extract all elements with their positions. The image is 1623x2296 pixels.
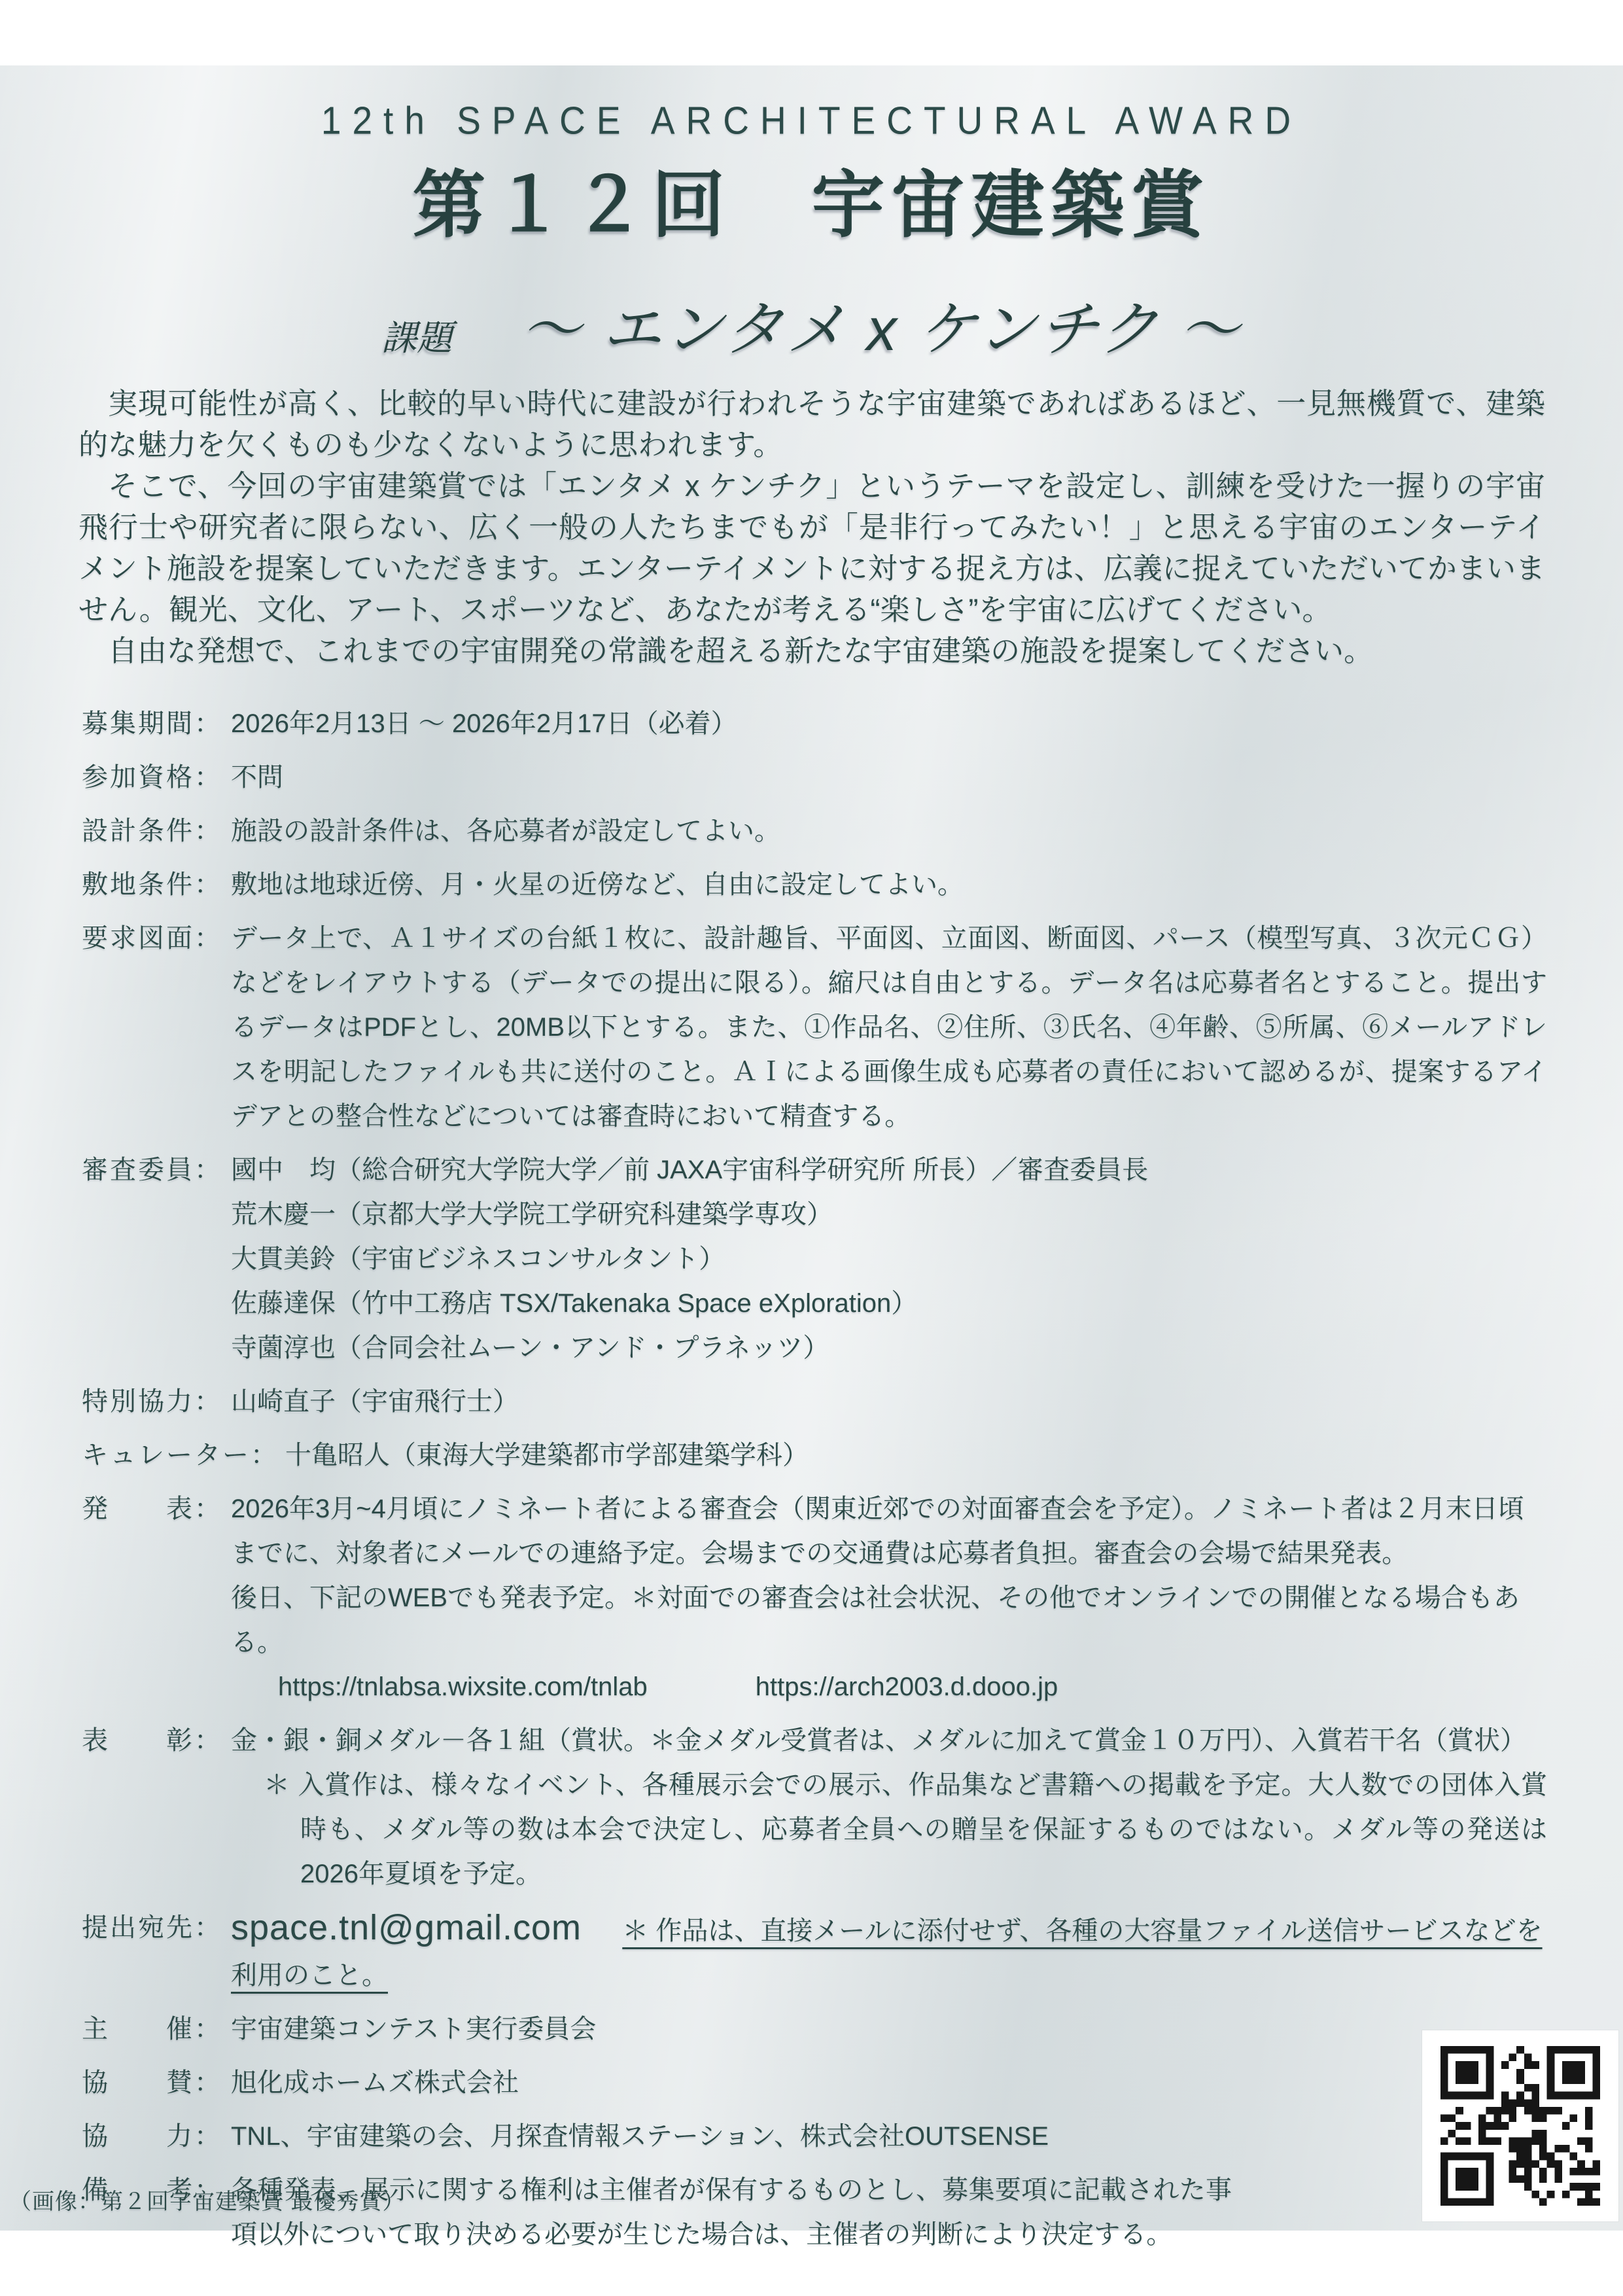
detail-row-sponsor: 協 賛： 旭化成ホームズ株式会社 <box>82 2060 1547 2105</box>
intro-paragraph-3: 自由な発想で、これまでの宇宙開発の常識を超える新たな宇宙建築の施設を提案してくだ… <box>79 630 1545 671</box>
detail-row-site-conditions: 敷地条件： 敷地は地球近傍、月・火星の近傍など、自由に設定してよい。 <box>82 862 1547 907</box>
jury-member: 寺薗淳也（合同会社ムーン・アンド・プラネッツ） <box>231 1326 1547 1370</box>
awards-note: ＊ 入賞作は、様々なイベント、各種展示会での展示、作品集など書籍への掲載を予定。… <box>264 1763 1547 1896</box>
announcement-web-note: 後日、下記のWEBでも発表予定。＊対面での審査会は社会状況、その他でオンラインで… <box>231 1576 1547 1665</box>
awards-text: 金・銀・銅メダル－各１組（賞状。＊金メダル受賞者は、メダルに加えて賞金１０万円）… <box>231 1718 1547 1763</box>
awards-block: 金・銀・銅メダル－各１組（賞状。＊金メダル受賞者は、メダルに加えて賞金１０万円）… <box>231 1718 1547 1896</box>
detail-row-entry-period: 募集期間： 2026年2月13日 ～ 2026年2月17日（必着） <box>82 701 1547 746</box>
detail-value: 十亀昭人（東海大学建築都市学部建築学科） <box>285 1433 1547 1477</box>
english-title: 12th SPACE ARCHITECTURAL AWARD <box>0 97 1623 143</box>
detail-row-eligibility: 参加資格： 不問 <box>82 755 1547 800</box>
detail-label: 提出宛先： <box>82 1905 231 1950</box>
announcement-block: 2026年3月~4月頃にノミネート者による審査会（関東近郊での対面審査会を予定）… <box>231 1487 1547 1709</box>
poster-page: 12th SPACE ARCHITECTURAL AWARD 第１２回 宇宙建築… <box>0 0 1623 2296</box>
detail-label: 参加資格： <box>82 755 231 800</box>
subject-row: 課題 ～ エンタメ x ケンチク ～ <box>0 281 1623 368</box>
intro-paragraphs: 実現可能性が高く、比較的早い時代に建設が行われそうな宇宙建築であればあるほど、一… <box>79 383 1545 671</box>
detail-row-special-support: 特別協力： 山崎直子（宇宙飛行士） <box>82 1379 1547 1424</box>
detail-label: 協 賛： <box>82 2060 231 2105</box>
detail-value: 旭化成ホームズ株式会社 <box>231 2060 1547 2105</box>
detail-row-curator: キュレーター： 十亀昭人（東海大学建築都市学部建築学科） <box>82 1433 1547 1477</box>
detail-label: 審査委員： <box>82 1148 231 1192</box>
detail-value: 不問 <box>231 755 1547 800</box>
detail-row-required-drawings: 要求図面： データ上で、Ａ１サイズの台紙１枚に、設計趣旨、平面図、立面図、断面図… <box>82 916 1547 1139</box>
detail-row-organizer: 主 催： 宇宙建築コンテスト実行委員会 <box>82 2007 1547 2051</box>
detail-row-cooperation: 協 力： TNL、宇宙建築の会、月探査情報ステーション、株式会社OUTSENSE <box>82 2114 1547 2159</box>
detail-row-jury: 審査委員： 國中 均（総合研究大学院大学／前 JAXA宇宙科学研究所 所長）／審… <box>82 1148 1547 1370</box>
detail-label: キュレーター： <box>82 1433 285 1477</box>
detail-label: 主 催： <box>82 2007 231 2051</box>
qr-code-pattern <box>1440 2046 1600 2206</box>
submission-email: space.tnl@gmail.com <box>231 1908 582 1947</box>
page-title: 第１２回 宇宙建築賞 <box>0 147 1623 252</box>
details-list: 募集期間： 2026年2月13日 ～ 2026年2月17日（必着） 参加資格： … <box>82 701 1547 2266</box>
jury-member: 荒木慶一（京都大学大学院工学研究科建築学専攻） <box>231 1192 1547 1237</box>
detail-label: 募集期間： <box>82 701 231 746</box>
detail-label: 設計条件： <box>82 809 231 853</box>
announcement-urls: https://tnlabsa.wixsite.com/tnlab https:… <box>231 1665 1547 1709</box>
announcement-text: 2026年3月~4月頃にノミネート者による審査会（関東近郊での対面審査会を予定）… <box>231 1487 1547 1576</box>
jury-member: 國中 均（総合研究大学院大学／前 JAXA宇宙科学研究所 所長）／審査委員長 <box>231 1148 1547 1192</box>
subject-theme: ～ エンタメ x ケンチク ～ <box>521 281 1241 368</box>
poster-content: 12th SPACE ARCHITECTURAL AWARD 第１２回 宇宙建築… <box>0 0 1623 2296</box>
detail-label: 協 力： <box>82 2114 231 2159</box>
subject-label: 課題 <box>381 310 452 361</box>
intro-paragraph-1: 実現可能性が高く、比較的早い時代に建設が行われそうな宇宙建築であればあるほど、一… <box>79 383 1545 465</box>
detail-value: 敷地は地球近傍、月・火星の近傍など、自由に設定してよい。 <box>231 862 1547 907</box>
website-url-tnlab: https://tnlabsa.wixsite.com/tnlab <box>278 1665 648 1709</box>
intro-paragraph-2: そこで、今回の宇宙建築賞では「エンタメ x ケンチク」というテーマを設定し、訓練… <box>79 465 1545 630</box>
detail-label: 発 表： <box>82 1487 231 1531</box>
detail-label: 表 彰： <box>82 1718 231 1763</box>
detail-row-submission-address: 提出宛先： space.tnl@gmail.com ＊ 作品は、直接メールに添付… <box>82 1905 1547 1998</box>
detail-label: 要求図面： <box>82 916 231 961</box>
jury-member: 大貫美鈴（宇宙ビジネスコンサルタント） <box>231 1237 1547 1281</box>
qr-code-icon <box>1422 2030 1618 2221</box>
detail-row-announcement: 発 表： 2026年3月~4月頃にノミネート者による審査会（関東近郊での対面審査… <box>82 1487 1547 1709</box>
detail-value: 施設の設計条件は、各応募者が設定してよい。 <box>231 809 1547 853</box>
detail-value: 宇宙建築コンテスト実行委員会 <box>231 2007 1547 2051</box>
jury-member-list: 國中 均（総合研究大学院大学／前 JAXA宇宙科学研究所 所長）／審査委員長 荒… <box>231 1148 1547 1370</box>
detail-label: 特別協力： <box>82 1379 231 1424</box>
detail-value: 2026年2月13日 ～ 2026年2月17日（必着） <box>231 701 1547 746</box>
detail-row-awards: 表 彰： 金・銀・銅メダル－各１組（賞状。＊金メダル受賞者は、メダルに加えて賞金… <box>82 1718 1547 1896</box>
submission-block: space.tnl@gmail.com ＊ 作品は、直接メールに添付せず、各種の… <box>231 1905 1547 1998</box>
detail-label: 敷地条件： <box>82 862 231 907</box>
detail-row-design-conditions: 設計条件： 施設の設計条件は、各応募者が設定してよい。 <box>82 809 1547 853</box>
image-credit-caption: （画像：第２回宇宙建築賞 最優秀賞） <box>9 2183 405 2216</box>
website-url-arch2003: https://arch2003.d.dooo.jp <box>756 1665 1058 1709</box>
detail-value: データ上で、Ａ１サイズの台紙１枚に、設計趣旨、平面図、立面図、断面図、パース（模… <box>231 916 1547 1139</box>
jury-member: 佐藤達保（竹中工務店 TSX/Takenaka Space eXploratio… <box>231 1281 1547 1326</box>
detail-value: 山崎直子（宇宙飛行士） <box>231 1379 1547 1424</box>
detail-value: TNL、宇宙建築の会、月探査情報ステーション、株式会社OUTSENSE <box>231 2114 1547 2159</box>
